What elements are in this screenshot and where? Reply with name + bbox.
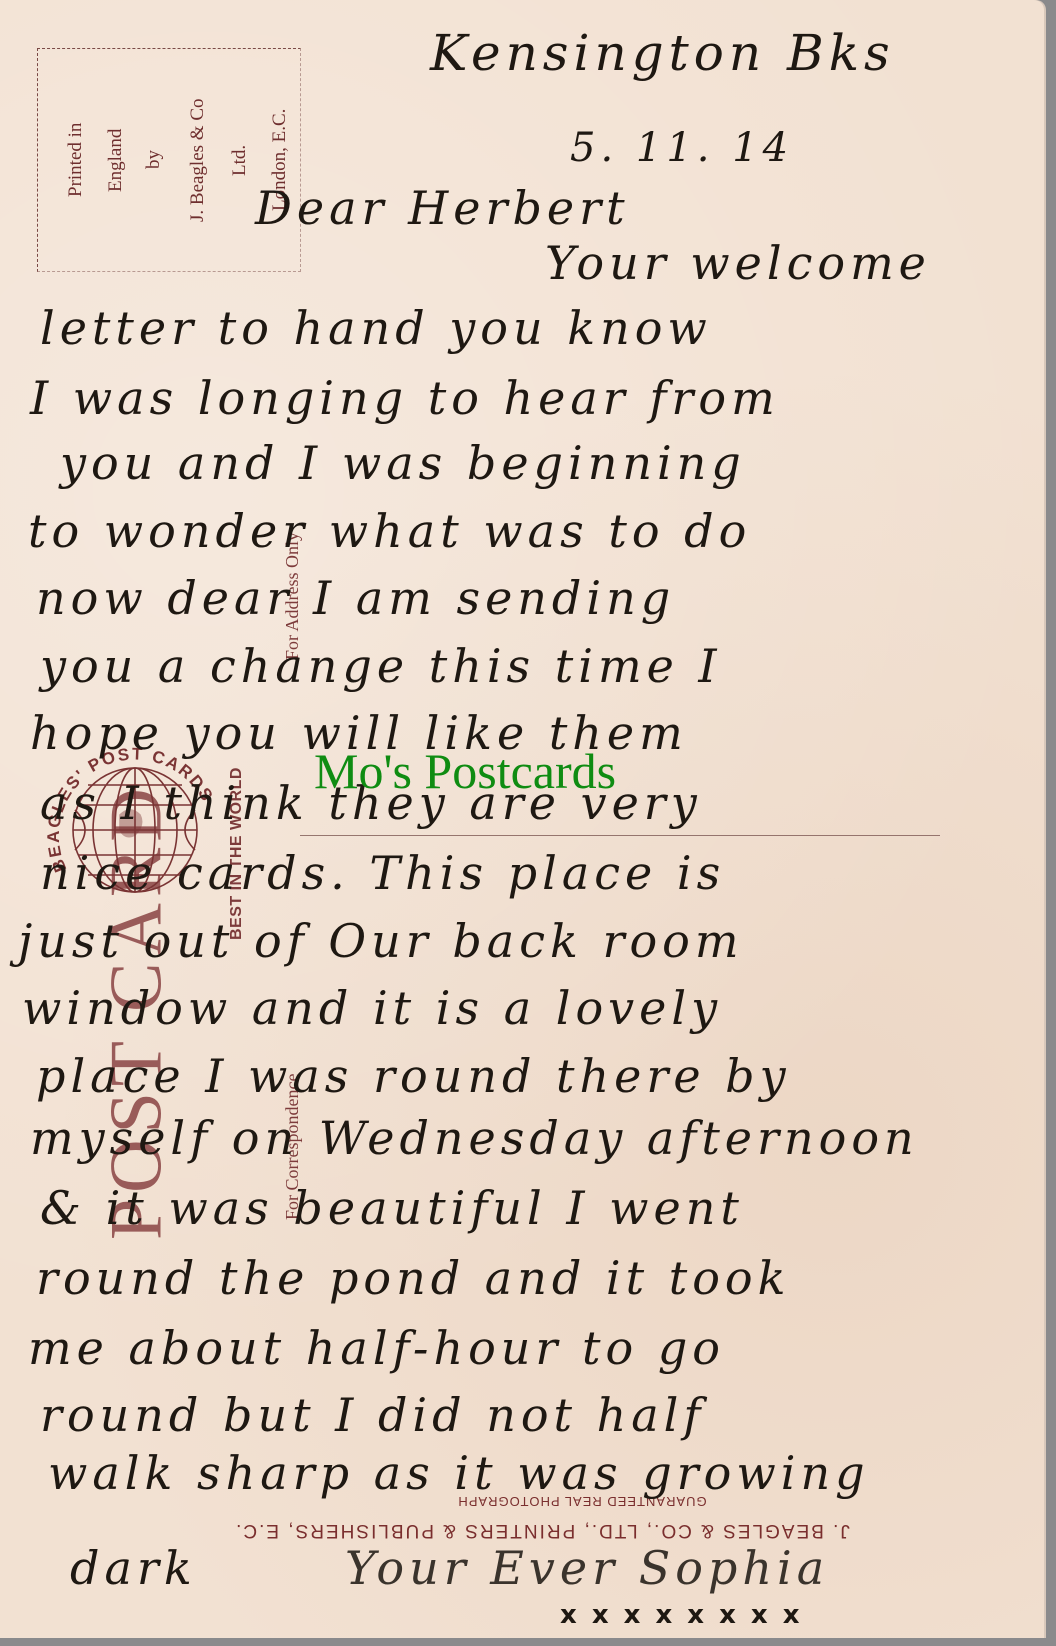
letter-line: & it was beautiful I went	[40, 1185, 744, 1231]
handwritten-salutation: Dear Herbert	[255, 185, 630, 231]
letter-line: letter to hand you know	[40, 305, 712, 351]
letter-line: dark	[70, 1545, 197, 1591]
letter-line: window and it is a lovely	[22, 985, 722, 1031]
handwritten-closing: Your Ever Sophia	[345, 1545, 829, 1591]
letter-line: just out of Our back room	[18, 918, 743, 964]
handwritten-date: 5. 11. 14	[570, 128, 793, 168]
letter-line: I was longing to hear from	[30, 375, 780, 421]
letter-line: you a change this time I	[40, 643, 722, 689]
printer-line: England	[96, 49, 136, 271]
printer-line: J. Beagles & Co	[178, 49, 218, 271]
handwritten-place: Kensington Bks	[430, 28, 895, 78]
handwritten-kisses: x x x x x x x x	[560, 1600, 803, 1630]
letter-line: place I was round there by	[36, 1053, 791, 1099]
postcard-back: Printed in England by J. Beagles & Co Lt…	[0, 0, 1044, 1638]
printers-publishers-line: J. BEAGLES & CO., LTD., PRINTERS & PUBLI…	[20, 1519, 1044, 1541]
letter-line: myself on Wednesday afternoon	[30, 1115, 919, 1161]
letter-line: me about half-hour to go	[28, 1325, 725, 1371]
divider-line	[300, 835, 940, 836]
printer-line: by	[134, 49, 174, 271]
letter-line: you and I was beginning	[60, 440, 746, 486]
letter-line: nice cards. This place is	[40, 850, 725, 896]
printer-credit-box: Printed in England by J. Beagles & Co Lt…	[37, 48, 301, 272]
letter-line: round the pond and it took	[36, 1255, 790, 1301]
printer-line: London, E.C.	[260, 49, 300, 271]
watermark: Mo's Postcards	[314, 746, 616, 796]
letter-line: to wonder what was to do	[28, 508, 751, 554]
letter-line: round but I did not half	[40, 1392, 705, 1438]
letter-line: walk sharp as it was growing	[48, 1450, 870, 1496]
printer-line: Ltd.	[220, 49, 260, 271]
printer-line: Printed in	[56, 49, 96, 271]
letter-line: Your welcome	[545, 240, 931, 286]
letter-line: now dear I am sending	[36, 575, 675, 621]
